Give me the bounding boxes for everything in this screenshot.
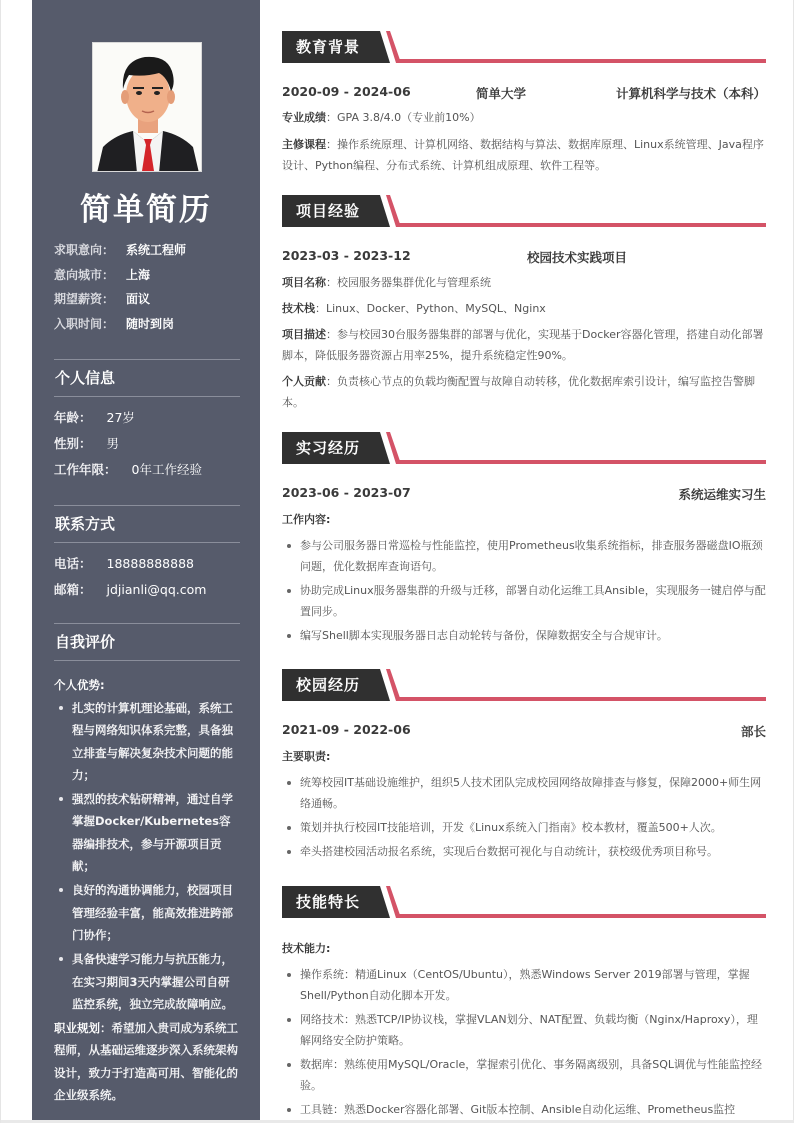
gpa-line: 专业成绩：GPA 3.8/4.0（专业前10%） <box>282 107 766 128</box>
internship-duties: 参与公司服务器日常巡检与性能监控，使用Prometheus收集系统指标，排查服务… <box>282 535 766 649</box>
list-item: 操作系统：精通Linux（CentOS/Ubuntu），熟悉Windows Se… <box>282 964 766 1006</box>
strength-item: 强烈的技术钻研精神，通过自学掌握Docker/Kubernetes容器编排技术，… <box>54 788 240 877</box>
strength-item: 具备快速学习能力与抗压能力，在实习期间3天内掌握公司自研监控系统，独立完成故障响… <box>54 948 240 1015</box>
field-text: ：参与校园30台服务器集群的部署与优化，实现基于Docker容器化管理，搭建自动… <box>282 328 764 362</box>
section-title: 联系方式 <box>54 506 240 542</box>
section-header-project: 项目经验 <box>282 195 766 227</box>
strengths-label: 个人优势: <box>54 673 240 697</box>
career-plan-label: 职业规划 <box>54 1021 100 1035</box>
self-evaluation-section: 自我评价 个人优势: 扎实的计算机理论基础，系统工程与网络知识体系完整，具备独立… <box>54 623 240 1106</box>
list-item: 统筹校园IT基础设施维护，组织5人技术团队完成校园网络故障排查与修复，保障200… <box>282 772 766 814</box>
field-text: ：负责核心节点的负载均衡配置与故障自动转移，优化数据库索引设计，编写监控告警脚本… <box>282 375 755 409</box>
phone-value[interactable]: 18888888888 <box>107 551 194 577</box>
major: 计算机科学与技术（本科） <box>616 84 766 102</box>
list-item: 网络技术：熟悉TCP/IP协议栈，掌握VLAN划分、NAT配置、负载均衡（Ngi… <box>282 1009 766 1051</box>
education-period: 2020-09 - 2024-06 <box>282 84 411 99</box>
project-field: 项目名称：校园服务器集群优化与管理系统 <box>282 272 766 293</box>
field-label: 个人贡献 <box>282 375 326 388</box>
contact-phone: 电话： 18888888888 <box>54 551 240 577</box>
field-label: 项目描述 <box>282 328 326 341</box>
field-text: ：校园服务器集群优化与管理系统 <box>326 276 491 289</box>
accent-bar <box>396 223 766 227</box>
gpa-text: ：GPA 3.8/4.0（专业前10%） <box>326 111 481 124</box>
internship-period: 2023-06 - 2023-07 <box>282 485 411 500</box>
gpa-label: 专业成绩 <box>282 111 326 124</box>
campus-duties: 统筹校园IT基础设施维护，组织5人技术团队完成校园网络故障排查与修复，保障200… <box>282 772 766 865</box>
strength-item: 良好的沟通协调能力，校园项目管理经验丰富，能高效推进跨部门协作； <box>54 879 240 946</box>
courses-text: ：操作系统原理、计算机网络、数据结构与算法、数据库原理、Linux系统管理、Ja… <box>282 138 764 172</box>
resume-title: 简单简历 <box>32 184 260 229</box>
section-title: 实习经历 <box>296 432 360 464</box>
section-title: 教育背景 <box>296 31 360 63</box>
internship-header-row: 2023-06 - 2023-07 系统运维实习生 <box>282 485 766 505</box>
courses-line: 主修课程：操作系统原理、计算机网络、数据结构与算法、数据库原理、Linux系统管… <box>282 134 766 176</box>
accent-bar <box>396 914 766 918</box>
info-label: 工作年限： <box>54 457 117 483</box>
info-value: 0年工作经验 <box>132 457 202 483</box>
intent-row-start-date: 入职时间： 随时到岗 <box>54 312 244 337</box>
skills-list: 操作系统：精通Linux（CentOS/Ubuntu），熟悉Windows Se… <box>282 964 766 1123</box>
info-label: 年龄： <box>54 405 92 431</box>
list-item: 编写Shell脚本实现服务器日志自动轮转与备份，保障数据安全与合规审计。 <box>282 625 766 646</box>
accent-bar <box>396 697 766 701</box>
contact-label: 电话： <box>54 551 92 577</box>
project-period: 2023-03 - 2023-12 <box>282 248 411 263</box>
section-header-education: 教育背景 <box>282 31 766 63</box>
job-intent-list: 求职意向： 系统工程师 意向城市： 上海 期望薪资： 面议 入职时间： 随时到岗 <box>54 238 244 336</box>
intent-value: 系统工程师 <box>126 238 186 263</box>
project-name: 校园技术实践项目 <box>527 248 627 266</box>
intent-label: 入职时间： <box>54 312 126 337</box>
list-item: 数据库：熟练使用MySQL/Oracle，掌握索引优化、事务隔离级别，具备SQL… <box>282 1054 766 1096</box>
info-value: 男 <box>107 431 120 457</box>
contact-email: 邮箱： jdjianli@qq.com <box>54 577 240 603</box>
list-item: 工具链：熟悉Docker容器化部署、Git版本控制、Ansible自动化运维、P… <box>282 1099 766 1120</box>
section-title: 技能特长 <box>296 886 360 918</box>
section-header-campus: 校园经历 <box>282 669 766 701</box>
project-field: 个人贡献：负责核心节点的负载均衡配置与故障自动转移，优化数据库索引设计，编写监控… <box>282 371 766 413</box>
intent-label: 期望薪资： <box>54 287 126 312</box>
list-item: 参与公司服务器日常巡检与性能监控，使用Prometheus收集系统指标，排查服务… <box>282 535 766 577</box>
profile-photo <box>92 42 202 172</box>
campus-header-row: 2021-09 - 2022-06 部长 <box>282 722 766 742</box>
intent-value: 面议 <box>126 287 150 312</box>
campus-period: 2021-09 - 2022-06 <box>282 722 411 737</box>
strengths-list: 扎实的计算机理论基础，系统工程与网络知识体系完整，具备独立排查与解决复杂技术问题… <box>54 697 240 1015</box>
content-label: 技术能力: <box>282 938 330 959</box>
section-header-internship: 实习经历 <box>282 432 766 464</box>
field-text: ：Linux、Docker、Python、MySQL、Nginx <box>315 302 546 315</box>
intent-row-salary: 期望薪资： 面议 <box>54 287 244 312</box>
list-item: 协助完成Linux服务器集群的升级与迁移，部署自动化运维工具Ansible，实现… <box>282 580 766 622</box>
field-label: 项目名称 <box>282 276 326 289</box>
sidebar: 简单简历 求职意向： 系统工程师 意向城市： 上海 期望薪资： 面议 入职时间：… <box>32 0 260 1123</box>
project-header-row: 2023-03 - 2023-12 校园技术实践项目 <box>282 248 766 268</box>
list-item: 牵头搭建校园活动报名系统，实现后台数据可视化与自动统计，获校级优秀项目称号。 <box>282 841 766 862</box>
info-label: 性别： <box>54 431 92 457</box>
resume-page: 简单简历 求职意向： 系统工程师 意向城市： 上海 期望薪资： 面议 入职时间：… <box>0 0 794 1123</box>
internship-role: 系统运维实习生 <box>678 485 766 503</box>
accent-bar <box>396 460 766 464</box>
section-title: 校园经历 <box>296 669 360 701</box>
contact-section: 联系方式 电话： 18888888888 邮箱： jdjianli@qq.com <box>54 505 240 603</box>
school-name: 简单大学 <box>476 84 526 102</box>
strength-item: 扎实的计算机理论基础，系统工程与网络知识体系完整，具备独立排查与解决复杂技术问题… <box>54 697 240 786</box>
info-gender: 性别： 男 <box>54 431 240 457</box>
intent-label: 求职意向： <box>54 238 126 263</box>
contact-label: 邮箱： <box>54 577 92 603</box>
intent-value: 上海 <box>126 263 150 288</box>
info-experience: 工作年限： 0年工作经验 <box>54 457 240 483</box>
personal-info-section: 个人信息 年龄： 27岁 性别： 男 工作年限： 0年工作经验 <box>54 359 240 483</box>
intent-value: 随时到岗 <box>126 312 174 337</box>
section-title: 自我评价 <box>54 624 240 660</box>
intent-row-position: 求职意向： 系统工程师 <box>54 238 244 263</box>
info-age: 年龄： 27岁 <box>54 405 240 431</box>
career-plan: 职业规划：希望加入贵司成为系统工程师，从基础运维逐步深入系统架构设计，致力于打造… <box>54 1017 240 1106</box>
email-value[interactable]: jdjianli@qq.com <box>107 577 207 603</box>
section-header-skills: 技能特长 <box>282 886 766 918</box>
courses-label: 主修课程 <box>282 138 326 151</box>
info-value: 27岁 <box>107 405 135 431</box>
content-label: 工作内容: <box>282 509 330 530</box>
section-title: 个人信息 <box>54 360 240 396</box>
campus-role: 部长 <box>741 722 766 740</box>
education-header-row: 2020-09 - 2024-06 简单大学 计算机科学与技术（本科） <box>282 84 766 104</box>
accent-bar <box>396 59 766 63</box>
field-label: 技术栈 <box>282 302 315 315</box>
avatar-illustration-icon <box>93 43 202 172</box>
list-item: 策划并执行校园IT技能培训，开发《Linux系统入门指南》校本教材，覆盖500+… <box>282 817 766 838</box>
project-field: 技术栈：Linux、Docker、Python、MySQL、Nginx <box>282 298 766 319</box>
content-label: 主要职责: <box>282 746 330 767</box>
section-title: 项目经验 <box>296 195 360 227</box>
intent-label: 意向城市： <box>54 263 126 288</box>
project-field: 项目描述：参与校园30台服务器集群的部署与优化，实现基于Docker容器化管理，… <box>282 324 766 366</box>
intent-row-city: 意向城市： 上海 <box>54 263 244 288</box>
